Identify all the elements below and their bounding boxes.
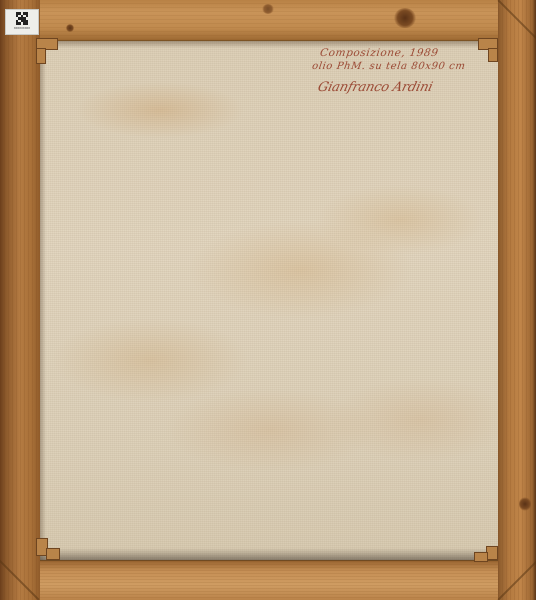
- artist-signature: Gianfranco Ardini: [316, 80, 494, 95]
- canvas-shadow-left: [40, 40, 46, 560]
- wood-knot: [66, 24, 74, 32]
- wood-knot: [394, 8, 416, 28]
- wood-knot: [519, 497, 531, 511]
- handwritten-inscription: Composizione, 1989 olio PhM. su tela 80x…: [312, 46, 492, 95]
- frame-bottom-rail: [0, 560, 536, 600]
- inscription-title-date: Composizione, 1989: [319, 46, 493, 60]
- canvas-back: [40, 40, 498, 560]
- inscription-medium-size: olio PhM. su tela 80x90 cm: [311, 60, 493, 74]
- qr-code-icon: [16, 12, 29, 25]
- corner-key-bottom-left-2: [46, 548, 60, 560]
- frame-left-stile: [0, 0, 40, 600]
- stretcher-bar-bottom-shadow: [40, 548, 498, 560]
- wood-knot: [262, 4, 274, 14]
- artwork-verso-photo: 000000000 Composizione, 1989 olio PhM. s…: [0, 0, 536, 600]
- inventory-label: 000000000: [5, 9, 39, 35]
- corner-key-top-left-2: [36, 48, 46, 64]
- frame-right-stile: [498, 0, 536, 600]
- corner-key-bottom-right-2: [474, 552, 488, 562]
- label-code: 000000000: [14, 27, 30, 30]
